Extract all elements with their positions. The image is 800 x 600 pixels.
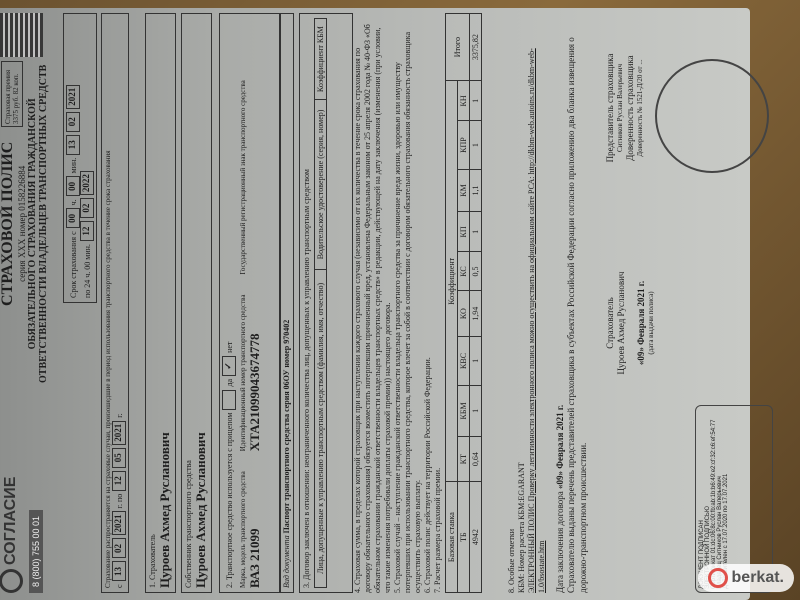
term-mm: 00 (66, 176, 80, 196)
policy-paper: СОГЛАСИЕ 8 (800) 755 00 01 СТРАХОВОЙ ПОЛ… (0, 8, 750, 600)
calc-header: КВС (458, 336, 470, 385)
period-label: Страхование распространяется на страховы… (104, 18, 112, 588)
trailer-no-label: нет (225, 342, 234, 353)
calc-header: КН (458, 81, 470, 121)
period-box: Страхование распространяется на страховы… (101, 13, 129, 593)
conclusion-label: Дата заключения договора (555, 491, 565, 593)
calc-value: 0,64 (470, 436, 482, 481)
coef-header: Коэффициент (446, 81, 458, 482)
trailer-no-checkbox: ✓ (222, 356, 236, 376)
calc-value: 1 (470, 212, 482, 252)
period-from-year: 2021 (112, 511, 126, 535)
logo-icon (0, 569, 23, 593)
calc-value: 1 (470, 81, 482, 121)
issue-date: «09» Февраля 2021 г. (636, 243, 647, 403)
clause-7: 7. Расчет размера страховой премии. (433, 18, 443, 593)
total-header: Итого (446, 14, 470, 81)
vehicle-model: ВАЗ 21099 (247, 471, 263, 588)
clause-6: 6. Страховой полис действует на территор… (423, 18, 433, 593)
logo-text: СОГЛАСИЕ (2, 477, 20, 565)
trailer-yes-label: да (225, 379, 234, 387)
drivers-col2: Водительское удостоверение (серия, номер… (315, 100, 327, 269)
calc-value: 4942 (470, 482, 482, 593)
special-notes: 8. Особые отметки КБМ: Номер расчета КБМ… (507, 18, 547, 593)
special-label: 8. Особые отметки (507, 18, 517, 593)
special-line1: КБМ: Номер расчета КБМ:EGARANT (517, 18, 527, 593)
drivers-table: Лица, допущенные к управлению транспортн… (314, 18, 327, 588)
vehicle-box: 2. Транспортное средство используется с … (219, 13, 281, 593)
policy-subtitle-2: ОТВЕТСТВЕННОСТИ ВЛАДЕЛЬЦЕВ ТРАНСПОРТНЫХ … (38, 65, 49, 383)
watermark: berkat. (698, 564, 794, 592)
trailer-yes-checkbox (222, 390, 236, 410)
base-rate-header: Базовая ставка (446, 482, 458, 593)
insurant-sig-label: Страхователь (605, 243, 616, 403)
insurer-logo: СОГЛАСИЕ (0, 477, 23, 593)
calc-value: 0,5 (470, 252, 482, 291)
insurant-name: Цуроев Ахмед Русланович (157, 18, 173, 588)
calc-value: 1 (470, 121, 482, 169)
insurant-signature: Страхователь Цуроев Ахмед Русланович «09… (605, 243, 656, 403)
header: СОГЛАСИЕ 8 (800) 755 00 01 СТРАХОВОЙ ПОЛ… (0, 13, 59, 593)
drivers-box: 3. Договор заключен в отношении: неогран… (299, 13, 353, 593)
period-to-day: 12 (112, 471, 126, 491)
conclusion-month: Февраля (555, 433, 565, 469)
reg-label: Государственный регистрационный знак тра… (239, 80, 247, 274)
document-value: Паспорт транспортного средства серия 06О… (282, 320, 291, 534)
vin-label: Идентификационный номер транспортного ср… (239, 295, 247, 452)
term-to-label: по 24 ч. 00 мин. (83, 244, 92, 298)
trailer-label: 2. Транспортное средство используется с … (225, 413, 234, 588)
vehicle-vin: ХТА21099043674778 (247, 295, 263, 452)
calc-header: КБМ (458, 385, 470, 436)
esig-l5: Действителен с 17.07.2020 по 17.07.2021 (723, 409, 729, 589)
period-from-day: 13 (112, 561, 126, 581)
term-to-year: 2022 (80, 171, 94, 195)
power-number: Доверенность № 1521-Д/20 от ... (636, 23, 645, 193)
conclusion-day: «09» (555, 471, 565, 489)
watermark-text: berkat. (732, 569, 784, 587)
clauses: 4. Страховая сумма, в пределах которой с… (353, 18, 443, 593)
issue-date-label: (дата выдачи полиса) (647, 243, 656, 403)
special-line2: ЭЛЕКТРОННЫЙ ПОЛИС Проверку легитимности … (527, 18, 547, 593)
document-box: Вид документа Паспорт транспортного сред… (279, 13, 294, 593)
term-to-month: 02 (80, 198, 94, 218)
rep-label: Представитель страховщика (605, 23, 616, 193)
policy-subtitle-1: ОБЯЗАТЕЛЬНОГО СТРАХОВАНИЯ ГРАЖДАНСКОЙ (27, 65, 38, 383)
premium-value: 3375 руб. 82 коп. (12, 64, 20, 124)
qr-code (0, 13, 43, 57)
clause-4: 4. Страховая сумма, в пределах которой с… (353, 18, 393, 593)
conclusion-year: 2021 г. (555, 405, 565, 431)
model-label: Марка, модель транспортного средства (239, 471, 247, 588)
drivers-label: 3. Договор заключен в отношении: неогран… (302, 18, 311, 588)
policy-sheet: СОГЛАСИЕ 8 (800) 755 00 01 СТРАХОВОЙ ПОЛ… (0, 3, 775, 600)
insurant-sig-name: Цуроев Ахмед Русланович (616, 243, 627, 403)
term-day: 13 (66, 135, 80, 155)
watermark-logo-icon (708, 568, 728, 588)
period-to-month: 05 (112, 448, 126, 468)
term-month: 02 (66, 112, 80, 132)
premium-box: Страховая премия3375 руб. 82 коп. (1, 61, 23, 127)
term-year: 2021 (66, 85, 80, 109)
owner-label: Собственник транспортного средства (184, 460, 193, 588)
conclusion-note: Страхователю выданы перечень представите… (566, 18, 589, 593)
rep-signature: Представитель страховщика Ситников Русла… (605, 23, 645, 193)
period-from-month: 02 (112, 538, 126, 558)
calc-header: КМ (458, 169, 470, 212)
term-box: Срок страхования с00ч.00мин.13022021 по … (63, 13, 97, 303)
calc-header: КС (458, 252, 470, 291)
insurant-box: 1. Страхователь Цуроев Ахмед Русланович (145, 13, 176, 593)
rep-name: Ситников Руслан Валерьевич (616, 23, 625, 193)
period-to-year: 2021 (112, 421, 126, 445)
power-label: Доверенность страховщика (625, 23, 636, 193)
premium-calc-table: Базовая ставкаКоэффициентИтого ТБКТКБМКВ… (445, 13, 482, 593)
document-label: Вид документа (282, 535, 291, 588)
calc-value: 1,1 (470, 169, 482, 212)
term-label: Срок страхования с (69, 231, 78, 298)
conclusion: Дата заключения договора «09» Февраля 20… (555, 18, 589, 593)
calc-header: КО (458, 291, 470, 336)
company-stamp (655, 59, 769, 173)
calc-header: ТБ (458, 482, 470, 593)
calc-value: 1 (470, 336, 482, 385)
premium-label: Страховая премия (4, 64, 12, 124)
owner-box: Собственник транспортного средства Цурое… (181, 13, 212, 593)
calc-value: 1 (470, 385, 482, 436)
calc-header: КТ (458, 436, 470, 481)
term-to-day: 12 (80, 221, 94, 241)
calc-header: КПР (458, 121, 470, 169)
clause-5: 5. Страховой случай – наступление гражда… (393, 18, 423, 593)
drivers-col3: Коэффициент КБМ (315, 19, 327, 100)
owner-name: Цуроев Ахмед Русланович (193, 18, 209, 588)
calc-total: 3375,82 (470, 14, 482, 81)
insurer-phone: 8 (800) 755 00 01 (29, 510, 43, 593)
term-hh: 00 (66, 208, 80, 228)
insurant-label: 1. Страхователь (148, 534, 157, 588)
calc-header: КП (458, 212, 470, 252)
calc-value: 1,94 (470, 291, 482, 336)
drivers-col1: Лица, допущенные к управлению транспортн… (315, 269, 327, 587)
